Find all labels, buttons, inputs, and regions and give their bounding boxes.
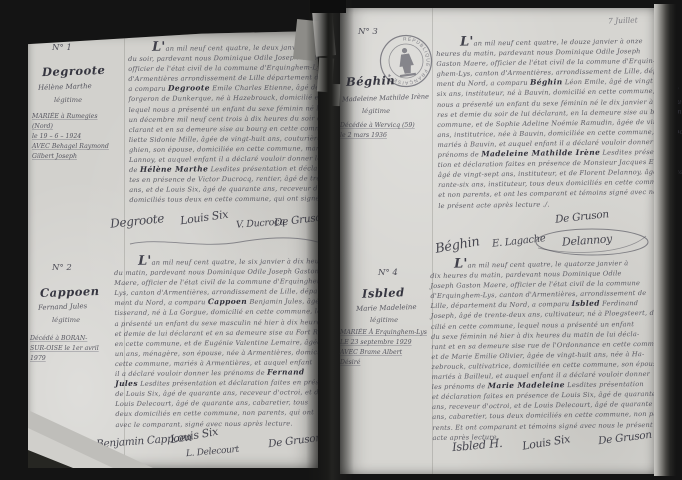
- margin-given-names: Madeleine Mathilde Irène: [342, 92, 429, 103]
- signature: Isbled H.: [451, 436, 502, 454]
- entry-number: N° 3: [358, 27, 378, 37]
- margin-status: légitime: [362, 107, 390, 115]
- margin-status: légitime: [370, 316, 398, 324]
- separator-flourish: [128, 235, 324, 251]
- entry-number: N° 2: [52, 263, 72, 273]
- signature: De Gruson: [555, 208, 610, 226]
- act-body: L'an mil neuf cent quatre, le six janvie…: [114, 255, 319, 429]
- tape-patch: [330, 84, 341, 106]
- signature: Béghin: [434, 234, 481, 257]
- margin-given-names: Hélène Marthe: [38, 82, 92, 92]
- right-page: 7 Juillet N° 3 RÉPUBLIQUE FRANÇAISE ★ Bé…: [340, 8, 656, 474]
- page-stack-edge: [654, 4, 678, 476]
- marginal-mention-death: Décédé à BORAN-SUR-OISE le 1er avril1979: [30, 334, 99, 364]
- register-scan: N° 1 Degroote Hélène Marthe légitime MAR…: [0, 0, 682, 480]
- entry-number: N° 1: [52, 43, 72, 53]
- binding-gutter-top: [310, 0, 346, 13]
- margin-given-names: Marie Madeleine: [356, 303, 417, 313]
- tape-patch: [312, 9, 336, 57]
- left-page: N° 1 Degroote Hélène Marthe légitime MAR…: [28, 31, 318, 468]
- act-body: L'an mil neuf cent quatre, le deux janvi…: [128, 41, 325, 205]
- marginal-mention-death: Décédée à Wervicq (59)le 2 mars 1936: [340, 121, 415, 141]
- signature: De Gruson: [273, 211, 328, 229]
- marginal-mention-marriage: MARIÉE à Rumegies(Nord)le 19 – 6 – 1924A…: [32, 112, 109, 162]
- margin-given-names: Fernand Jules: [38, 302, 87, 312]
- signature: Louis Six: [179, 208, 229, 228]
- margin-surname: Cappoen: [40, 284, 100, 300]
- signature: De Gruson: [267, 432, 322, 450]
- signature: L. Delecourt: [186, 445, 240, 460]
- act-body: L'an mil neuf cent quatre, le quatorze j…: [430, 257, 657, 443]
- date-annotation: 7 Juillet: [608, 15, 638, 25]
- margin-status: légitime: [52, 316, 80, 324]
- signature: Degroote: [109, 211, 164, 231]
- margin-status: légitime: [54, 96, 82, 104]
- margin-surname: Isbled: [362, 285, 405, 300]
- entry-number: N° 4: [378, 268, 398, 278]
- act-body: L'an mil neuf cent quatre, le douze janv…: [436, 35, 656, 211]
- margin-surname: Béghin: [346, 73, 396, 89]
- stamp-figure: [396, 47, 416, 77]
- marginal-mention-marriage: MARIÉE À Erquinghem-LysLE 23 septembre 1…: [340, 328, 427, 368]
- margin-surname: Degroote: [42, 63, 106, 79]
